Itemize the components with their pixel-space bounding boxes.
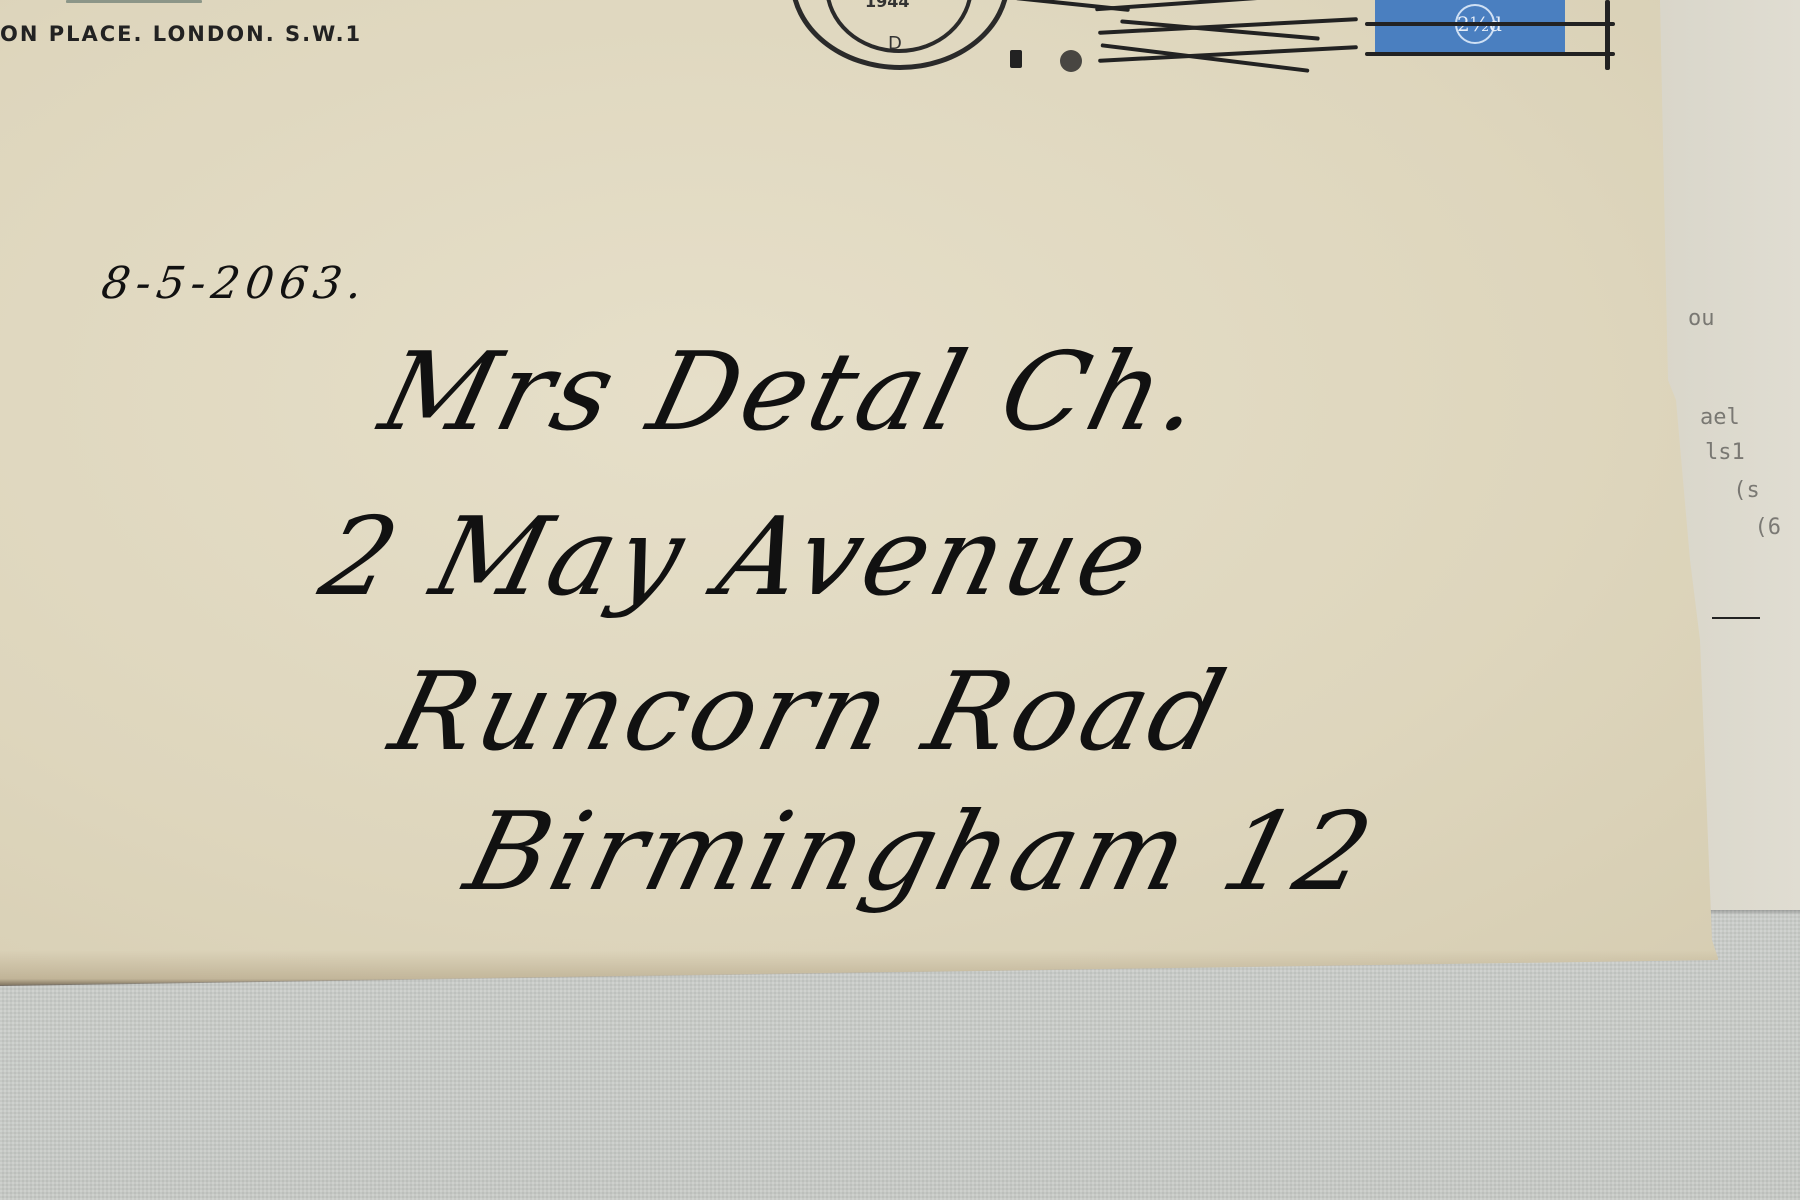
handwritten-date: 8-5-2063.	[98, 258, 371, 309]
postmark-year: 1944	[865, 0, 910, 11]
postmark-letter: D	[888, 33, 902, 54]
address-recipient: Mrs Detal Ch.	[369, 330, 1218, 455]
cancellation-wave-line	[1365, 22, 1615, 26]
address-road: Runcorn Road	[379, 650, 1239, 775]
cancellation-wave-line	[1365, 52, 1615, 56]
underlying-rule-line	[1712, 617, 1760, 619]
address-city: Birmingham 12	[454, 790, 1386, 915]
underlying-faded-text: ael	[1700, 405, 1740, 431]
underlying-faded-text: (s	[1720, 478, 1760, 504]
underlying-faded-text: (6	[1728, 515, 1781, 541]
underlying-faded-text: ls1	[1705, 440, 1745, 466]
ink-blot	[1060, 50, 1082, 72]
address-street: 2 May Avenue	[309, 495, 1163, 620]
letterhead-address: ON PLACE. LONDON. S.W.1	[0, 22, 362, 46]
ink-blot	[1010, 50, 1022, 68]
letterhead-rule	[66, 0, 202, 3]
cancellation-bar	[1605, 0, 1610, 70]
underlying-faded-text: ou	[1688, 280, 1715, 332]
